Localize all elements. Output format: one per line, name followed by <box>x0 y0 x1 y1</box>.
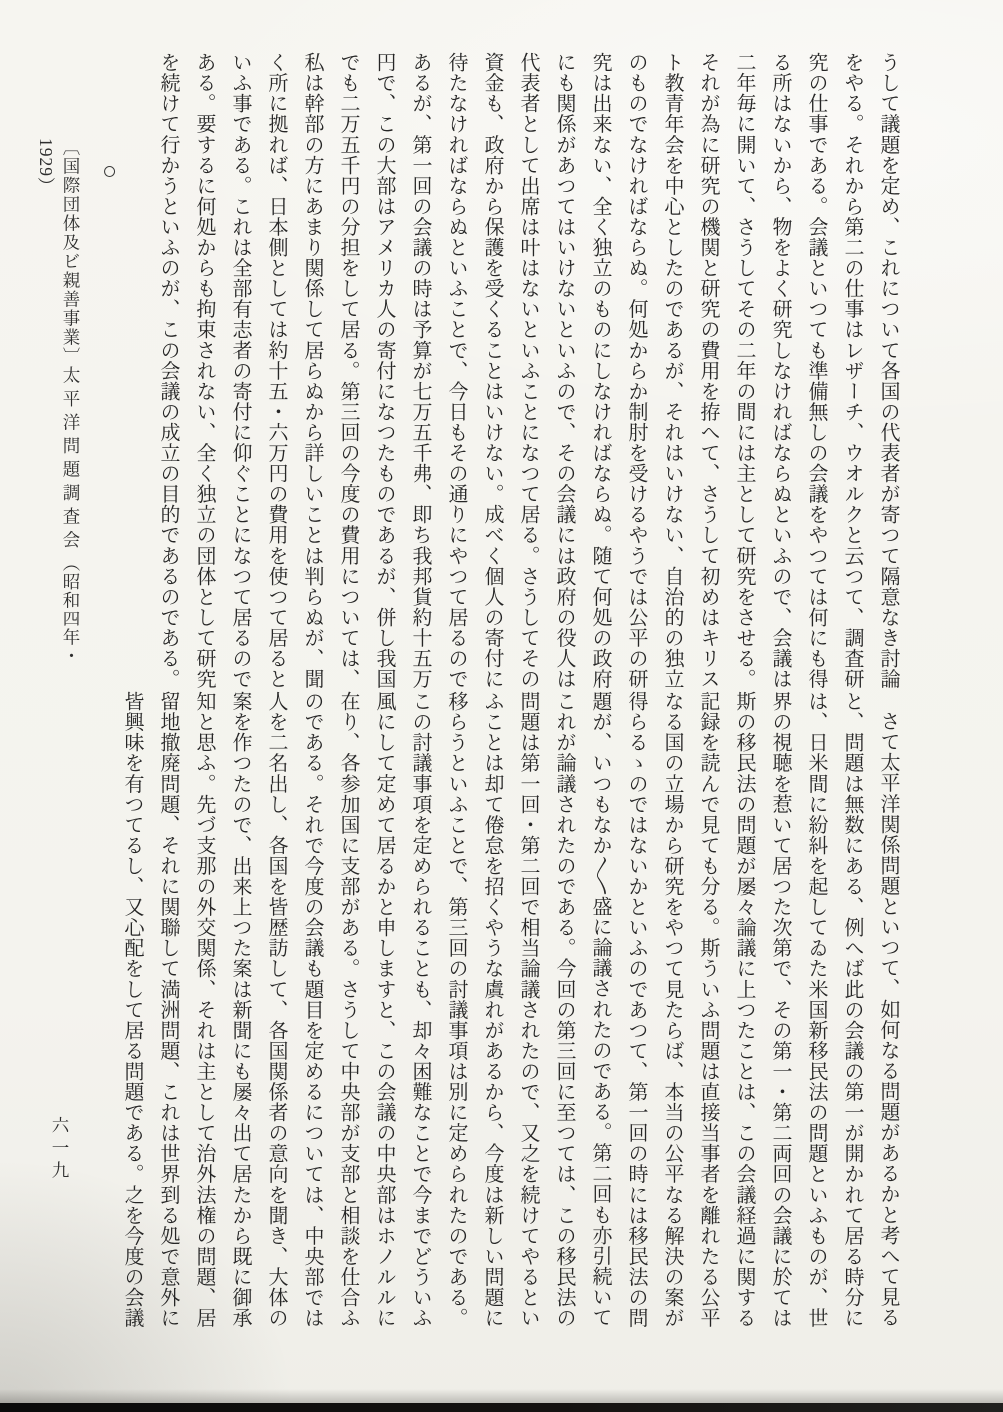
text-column: 留地撤廃問題、それに関聯して満洲問題、これは世界到る処で意外に <box>150 691 186 1323</box>
document-title: 太平洋問題調査会 <box>61 366 95 554</box>
text-column: は、日米間に紛糾を起してゐた米国新移民法の問題といふものが、世 <box>798 691 834 1323</box>
text-column: 在り、各参加国に支部がある。さうして中央部が支部と相談を仕合ふ <box>330 691 366 1323</box>
text-column: 界の視聴を惹いて居つた次第で、その第一・第二両回の会議に於ては <box>762 691 798 1323</box>
text-column: 風にして定めて居るかと申しますと、この会議の中央部はホノルルに <box>366 691 402 1323</box>
text-column: 記録を読んで見ても分る。斯ういふ問題は直接当事者を離れたる公平 <box>690 691 726 1323</box>
text-column: 究は出来ない、全く独立のものにしなければならぬ。随て何処の政府 <box>582 52 618 684</box>
document-page: うして議題を定め、これについて各国の代表者が寄つて隔意なき討論 をやる。それから… <box>0 0 1003 1412</box>
scan-edge-shadow <box>0 1389 1003 1403</box>
text-column: く所に拠れば、日本側としては約十五・六万円の費用を使つて居ると <box>258 52 294 684</box>
text-column: さて太平洋関係問題といつて、如何なる問題があるかと考へて見る <box>870 691 906 1323</box>
text-column: 代表者として出席は叶はないといふことになつて居る。さうしてその <box>510 52 546 684</box>
text-column: それが為に研究の機関と研究の費用を拵へて、さうして初めはキリス <box>690 52 726 684</box>
text-column: あるが、第一回の会議の時は予算が七万五千弗、即ち我邦貨約十五万 <box>402 52 438 684</box>
text-column: 得らるゝのではないかといふのであつて、第一回の時には移民法の問 <box>618 691 654 1323</box>
text-column: を続けて行かうといふのが、この会議の成立の目的であるのである。 <box>150 52 186 684</box>
text-column: いふ事である。これは全部有志者の寄付に仰ぐことになつて居るので <box>222 52 258 684</box>
text-column: 究の仕事である。会議といつても準備無しの会議をやつては何にも得 <box>798 52 834 684</box>
page-number: 六一九 <box>48 1116 73 1184</box>
top-text-block: うして議題を定め、これについて各国の代表者が寄つて隔意なき討論 をやる。それから… <box>150 52 906 684</box>
text-column: 知と思ふ。先づ支那の外交関係、それは主として治外法権の問題、居 <box>186 691 222 1323</box>
text-column: 問題は第一回・第二回で相当論議されたので、又之を続けてやるとい <box>510 691 546 1323</box>
text-column: でも二万五千円の分担をして居る。第三回の今度の費用については、 <box>330 52 366 684</box>
text-column: 案を作つたので、出来上つた案は新聞にも屡々出て居たから既に御承 <box>222 691 258 1323</box>
text-column: 皆興味を有つてるし、又心配をして居る問題である。之を今度の会議 <box>114 691 150 1323</box>
text-column: 斯の移民法の問題が屡々論議に上つたことは、この会議経過に関する <box>726 691 762 1323</box>
section-circle-mark: ○ <box>94 158 124 185</box>
text-column: 移らうといふことで、第三回の討議事項は別に定められたのである。 <box>438 691 474 1323</box>
text-column: ト教青年会を中心としたのであるが、それはいけない、自治的の独立 <box>654 52 690 684</box>
text-column: 待たなければならぬといふことで、今日もその通りにやつて居るので <box>438 52 474 684</box>
text-column: この討議事項を定められることも、却々困難なことで今までどういふ <box>402 691 438 1323</box>
text-column: ある。要するに何処からも拘束されない、全く独立の団体として研究 <box>186 52 222 684</box>
text-column: 私は幹部の方にあまり関係して居らぬから詳しいことは判らぬが、聞 <box>294 52 330 684</box>
text-column: 円で、この大部はアメリカ人の寄付になつたものであるが、併し我国 <box>366 52 402 684</box>
text-column: ふことは却て倦怠を招くやうな虞れがあるから、今度は新しい問題に <box>474 691 510 1323</box>
text-column: 資金も、政府から保護を受くることはいけない。成べく個人の寄付に <box>474 52 510 684</box>
text-column: のものでなければならぬ。何処からか制肘を受けるやうでは公平の研 <box>618 52 654 684</box>
text-column: と、問題は無数にある、例へば此の会議の第一が開かれて居る時分に <box>834 691 870 1323</box>
text-column: なる国の立場から研究をやつて見たらば、本当の公平なる解決の案が <box>654 691 690 1323</box>
scan-edge-artifact <box>0 1403 1003 1412</box>
margin-header: 〔国際団体及ビ親善事業〕太平洋問題調査会（昭和四年・1929） <box>34 138 84 698</box>
category-label: 〔国際団体及ビ親善事業〕 <box>61 138 81 366</box>
bottom-text-block: さて太平洋関係問題といつて、如何なる問題があるかと考へて見る と、問題は無数にあ… <box>114 691 906 1323</box>
text-column: にも関係があつてはいけないといふので、その会議には政府の役人は <box>546 52 582 684</box>
text-column: のである。それで今度の会議も題目を定めるについては、中央部では <box>294 691 330 1323</box>
text-column: をやる。それから第二の仕事はレザーチ、ウオルクと云つて、調査研 <box>834 52 870 684</box>
text-column: 二年毎に開いて、さうしてその二年の間には主として研究をさせる。 <box>726 52 762 684</box>
text-column: 題が、いつもなか〳〵盛に論議されたのである。第二回も亦引続いて <box>582 691 618 1323</box>
text-column: うして議題を定め、これについて各国の代表者が寄つて隔意なき討論 <box>870 52 906 684</box>
text-column: 人を二名出し、各国を皆歴訪して、各国関係者の意向を聞き、大体の <box>258 691 294 1323</box>
text-column: これが論議されたのである。今回の第三回に至つては、この移民法の <box>546 691 582 1323</box>
text-column: る所はないから、物をよく研究しなければならぬといふので、会議は <box>762 52 798 684</box>
